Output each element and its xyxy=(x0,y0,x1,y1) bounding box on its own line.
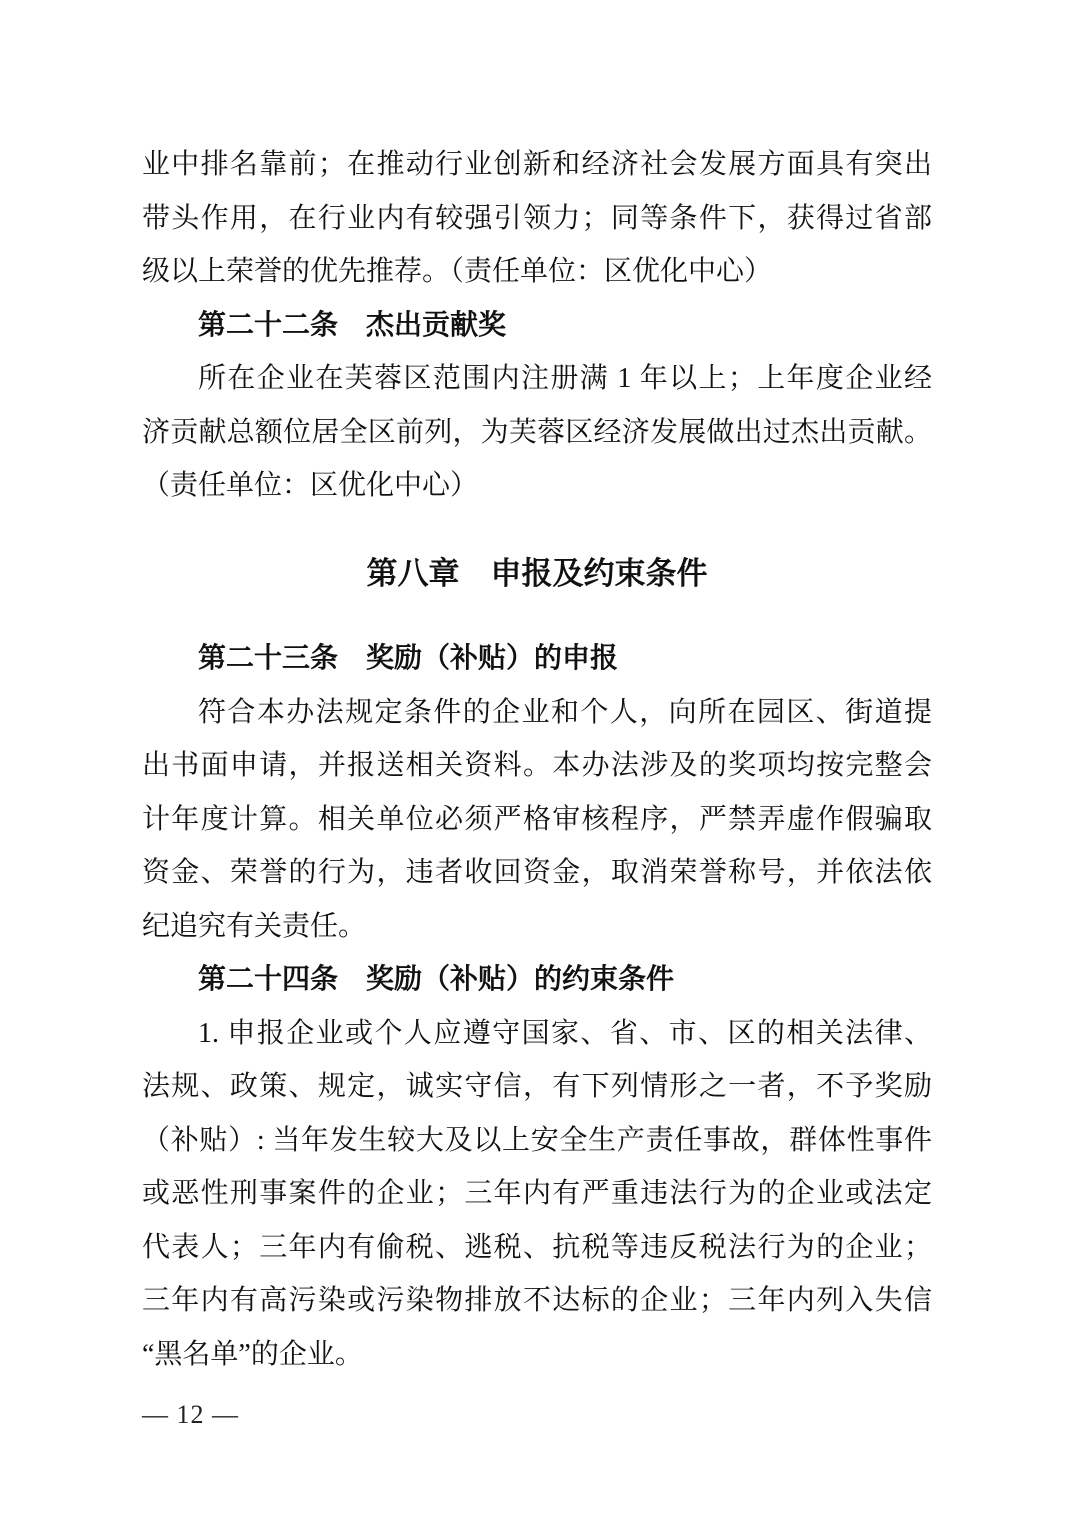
para-line: “黑名单”的企业。 xyxy=(142,1328,932,1382)
section-heading-article-23: 第二十三条 奖励（补贴）的申报 xyxy=(142,632,932,686)
para-line: 或恶性刑事案件的企业；三年内有严重违法行为的企业或法定 xyxy=(142,1167,932,1221)
section-heading-article-22: 第二十二条 杰出贡献奖 xyxy=(142,299,932,353)
para-line: 级以上荣誉的优先推荐。（责任单位：区优化中心） xyxy=(142,245,932,299)
para-line: 济贡献总额位居全区前列，为芙蓉区经济发展做出过杰出贡献。 xyxy=(142,406,932,460)
para-line: 符合本办法规定条件的企业和个人，向所在园区、街道提 xyxy=(142,686,932,740)
para-line: 1. 申报企业或个人应遵守国家、省、市、区的相关法律、 xyxy=(142,1007,932,1061)
para-line: （责任单位：区优化中心） xyxy=(142,459,932,513)
para-line: 带头作用，在行业内有较强引领力；同等条件下，获得过省部 xyxy=(142,192,932,246)
para-line: 代表人；三年内有偷税、逃税、抗税等违反税法行为的企业； xyxy=(142,1221,932,1275)
section-heading-article-24: 第二十四条 奖励（补贴）的约束条件 xyxy=(142,953,932,1007)
page-number: — 12 — xyxy=(142,1395,932,1435)
para-line: 计年度计算。相关单位必须严格审核程序，严禁弄虚作假骗取 xyxy=(142,793,932,847)
para-line: 法规、政策、规定，诚实守信，有下列情形之一者，不予奖励 xyxy=(142,1060,932,1114)
document-page: 业中排名靠前；在推动行业创新和经济社会发展方面具有突出 带头作用，在行业内有较强… xyxy=(0,0,1074,1520)
para-line: 三年内有高污染或污染物排放不达标的企业；三年内列入失信 xyxy=(142,1274,932,1328)
para-line: 业中排名靠前；在推动行业创新和经济社会发展方面具有突出 xyxy=(142,138,932,192)
para-line: 出书面申请，并报送相关资料。本办法涉及的奖项均按完整会 xyxy=(142,739,932,793)
chapter-heading: 第八章 申报及约束条件 xyxy=(142,547,932,601)
para-line: 所在企业在芙蓉区范围内注册满 1 年以上；上年度企业经 xyxy=(142,352,932,406)
para-line: 纪追究有关责任。 xyxy=(142,900,932,954)
document-body: 业中排名靠前；在推动行业创新和经济社会发展方面具有突出 带头作用，在行业内有较强… xyxy=(142,138,932,1435)
para-line: 资金、荣誉的行为，违者收回资金，取消荣誉称号，并依法依 xyxy=(142,846,932,900)
para-line: （补贴）: 当年发生较大及以上安全生产责任事故，群体性事件 xyxy=(142,1114,932,1168)
